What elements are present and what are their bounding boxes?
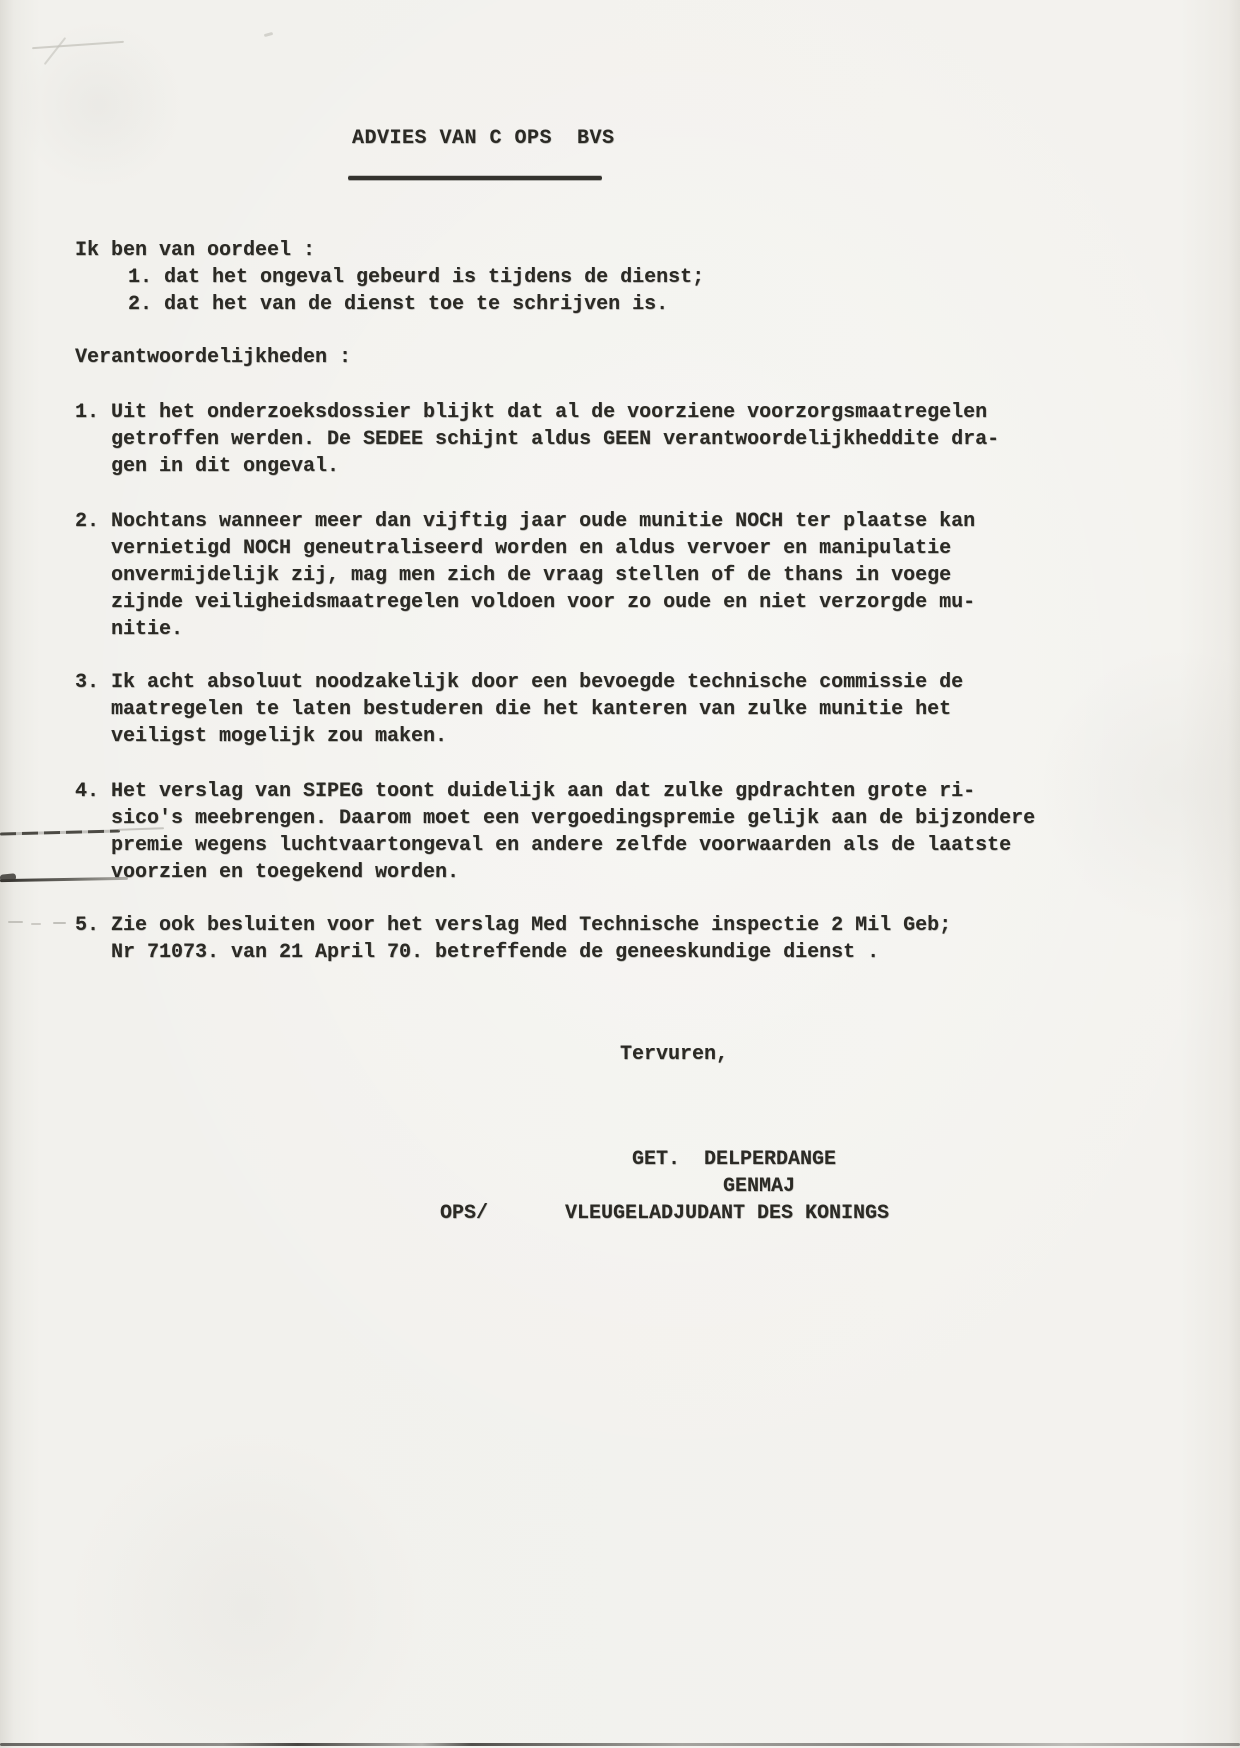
para-3-line-3: veiligst mogelijk zou maken. [111,726,447,748]
intro-item-2: 2. dat het van de dienst toe te schrijve… [128,294,668,316]
margin-ink-stroke-1 [0,829,120,835]
margin-dash-3 [53,922,66,924]
para-1-line-3: gen in dit ongeval. [111,456,339,478]
para-5-line-2: Nr 71073. van 21 April 70. betreffende d… [111,942,879,964]
signature-name-line: GET. DELPERDANGE [632,1149,836,1171]
signature-ops-prefix: OPS/ [440,1203,488,1225]
closing-place: Tervuren, [620,1044,728,1066]
pencil-speck [264,32,273,37]
para-2-line-5: nitie. [111,619,183,641]
para-2-line-1: 2. Nochtans wanneer meer dan vijftig jaa… [75,511,975,533]
margin-dash-1 [8,921,23,923]
intro-lead: Ik ben van oordeel : [75,240,315,262]
para-4-line-1: 4. Het verslag van SIPEG toont duidelijk… [75,781,975,803]
para-2-line-3: onvermijdelijk zij, mag men zich de vraa… [111,565,951,587]
signature-rank-line: GENMAJ [723,1176,795,1198]
para-5-line-1: 5. Zie ook besluiten voor het verslag Me… [75,915,951,937]
margin-dash-2 [31,923,41,925]
scanned-document-page: ADVIES VAN C OPS BVS Ik ben van oordeel … [0,0,1240,1748]
scan-bottom-edge [0,1743,1240,1746]
para-3-line-2: maatregelen te laten bestuderen die het … [111,699,951,721]
para-1-line-2: getroffen werden. De SEDEE schijnt aldus… [111,429,999,451]
para-4-line-3: premie wegens luchtvaartongeval en ander… [111,835,1011,857]
title-underline [348,176,602,180]
section-heading: Verantwoordelijkheden : [75,347,351,369]
pencil-squiggle-mark-2 [44,37,67,65]
margin-ink-blob [0,873,16,882]
para-4-line-2: sico's meebrengen. Daarom moet een vergo… [111,808,1035,830]
para-4-line-4: voorzien en toegekend worden. [111,862,459,884]
para-3-line-1: 3. Ik acht absoluut noodzakelijk door ee… [75,672,963,694]
pencil-squiggle-mark [32,41,124,49]
intro-item-1: 1. dat het ongeval gebeurd is tijdens de… [128,267,704,289]
document-title: ADVIES VAN C OPS BVS [352,128,615,150]
signature-function-line: VLEUGELADJUDANT DES KONINGS [565,1203,889,1225]
margin-ink-stroke-2 [0,877,128,882]
para-2-line-4: zijnde veiligheidsmaatregelen voldoen vo… [111,592,975,614]
para-1-line-1: 1. Uit het onderzoeksdossier blijkt dat … [75,402,987,424]
para-2-line-2: vernietigd NOCH geneutraliseerd worden e… [111,538,951,560]
